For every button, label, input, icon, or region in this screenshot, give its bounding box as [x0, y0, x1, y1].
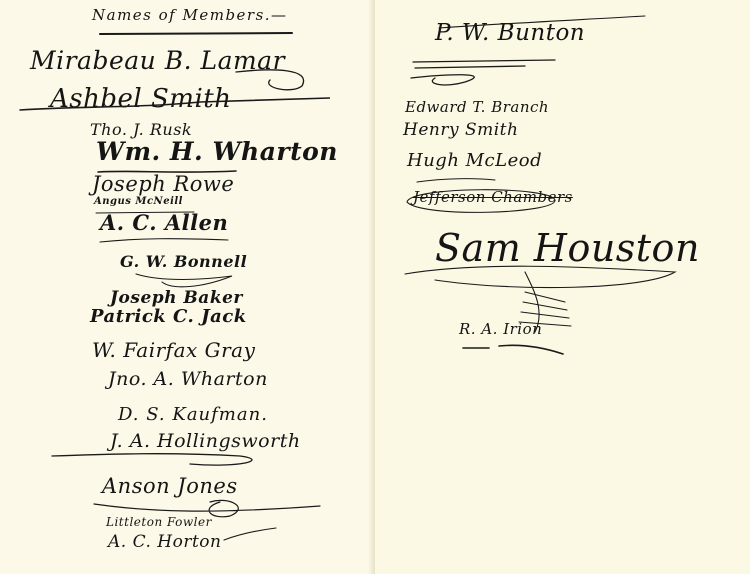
- left-page: Names of Members.— Mirabeau B. Lamar Ash…: [0, 0, 375, 574]
- signature-p-w-bunton: P. W. Bunton: [435, 20, 585, 46]
- signature-edward-t-branch: Edward T. Branch: [405, 98, 549, 116]
- horton-flourish: [220, 526, 280, 546]
- irion-underline: [459, 340, 569, 360]
- signature-a-c-horton: A. C. Horton: [108, 532, 222, 552]
- signature-a-c-allen: A. C. Allen: [100, 210, 228, 235]
- allen-underline: [98, 234, 238, 248]
- signature-littleton-fowler: Littleton Fowler: [106, 515, 212, 529]
- signature-patrick-c-jack: Patrick C. Jack: [90, 306, 247, 327]
- heading-names-of-members: Names of Members.—: [92, 6, 288, 24]
- signature-jno-a-wharton: Jno. A. Wharton: [108, 368, 268, 390]
- chambers-oval: [401, 184, 561, 218]
- bunton-bottom-flourish: [405, 52, 605, 102]
- signature-hugh-mcleod: Hugh McLeod: [407, 150, 542, 171]
- signature-wm-h-wharton: Wm. H. Wharton: [96, 137, 338, 166]
- signature-d-s-kaufman: D. S. Kaufman.: [118, 404, 268, 425]
- signature-joseph-rowe: Joseph Rowe: [92, 172, 234, 196]
- hollingsworth-underline: [50, 448, 320, 474]
- houston-flourish: [395, 262, 695, 352]
- signature-joseph-baker: Joseph Baker: [110, 288, 243, 308]
- lamar-flourish: [232, 58, 322, 98]
- right-page: P. W. Bunton Edward T. Branch Henry Smit…: [375, 0, 750, 574]
- signature-henry-smith: Henry Smith: [403, 120, 518, 140]
- signature-r-a-irion: R. A. Irion: [459, 320, 542, 338]
- heading-underline: [98, 30, 298, 40]
- signature-w-fairfax-gray: W. Fairfax Gray: [92, 338, 255, 362]
- signature-angus-mcneill: Angus McNeill: [94, 196, 183, 207]
